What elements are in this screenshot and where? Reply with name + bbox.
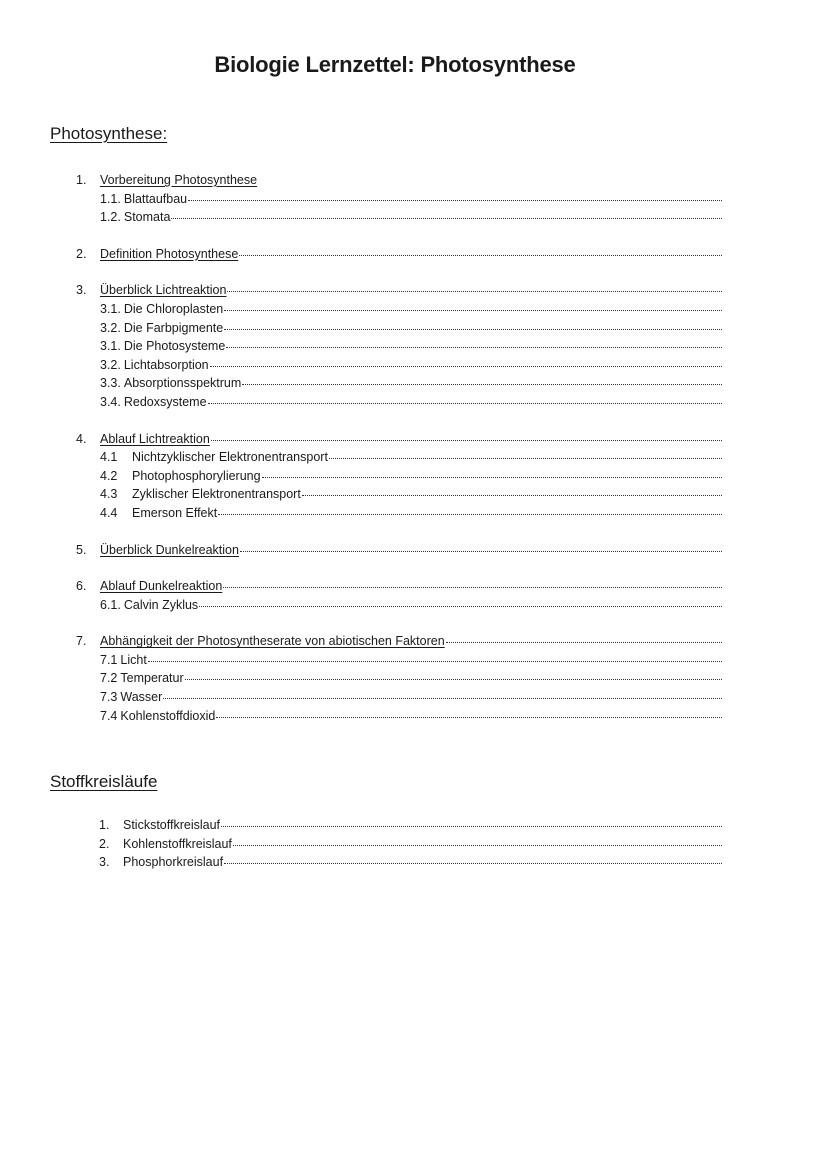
toc-subentry-number: 4.4 [100, 506, 132, 520]
dot-leader [233, 845, 722, 846]
toc-subentry[interactable]: 3.1.Die Chloroplasten [76, 302, 722, 321]
dot-leader [226, 347, 722, 348]
toc-entry-label: Überblick Dunkelreaktion [100, 543, 239, 557]
dot-leader [216, 717, 722, 718]
toc-subentry-number: 1.2. [100, 210, 121, 224]
dot-leader [148, 661, 722, 662]
toc-subentry[interactable]: 4.1Nichtzyklischer Elektronentransport [76, 450, 722, 469]
toc-entry[interactable]: 6.Ablauf Dunkelreaktion [76, 579, 722, 598]
toc-entry-label: Vorbereitung Photosynthese [100, 173, 257, 187]
toc-subentry-number: 7.4 [100, 709, 117, 723]
toc-entry[interactable]: 3.Überblick Lichtreaktion [76, 283, 722, 302]
dot-leader [446, 642, 722, 643]
toc-subentry[interactable]: 7.3Wasser [76, 690, 722, 709]
toc-entry[interactable]: 7. Abhängigkeit der Photosyntheserate vo… [76, 634, 722, 653]
dot-leader [240, 551, 722, 552]
toc-subentry-label: Temperatur [120, 671, 183, 685]
toc-entry-number: 1. [99, 818, 123, 832]
toc-subentry[interactable]: 7.2Temperatur [76, 671, 722, 690]
toc-entry-number: 2. [76, 247, 100, 261]
toc-subentry-label: Die Farbpigmente [124, 321, 223, 335]
dot-leader [223, 587, 722, 588]
toc-subentry[interactable]: 3.1.Die Photosysteme [76, 339, 722, 358]
toc-subentry-number: 1.1. [100, 192, 121, 206]
dot-leader [221, 826, 722, 827]
dot-leader [227, 291, 722, 292]
toc-entry-number: 2. [99, 837, 123, 851]
toc-subentry-number: 3.4. [100, 395, 121, 409]
toc-subentry-number: 3.1. [100, 339, 121, 353]
toc-entry-label: Definition Photosynthese [100, 247, 238, 261]
toc-subentry[interactable]: 1.1.Blattaufbau [76, 192, 722, 211]
document-title: Biologie Lernzettel: Photosynthese [0, 52, 790, 78]
toc-entry[interactable]: 5.Überblick Dunkelreaktion [76, 543, 722, 562]
toc-subentry[interactable]: 7.1Licht [76, 653, 722, 672]
toc-spacer [76, 561, 722, 579]
dot-leader [239, 255, 722, 256]
toc-subentry-label: Wasser [120, 690, 162, 704]
dot-leader [211, 440, 722, 441]
toc-subentry-label: Blattaufbau [124, 192, 187, 206]
toc-subentry-label: Photophosphorylierung [132, 469, 261, 483]
toc-entry[interactable]: 3.Phosphorkreislauf [99, 855, 722, 874]
toc-subentry-number: 4.1 [100, 450, 132, 464]
toc-entry[interactable]: 4.Ablauf Lichtreaktion [76, 432, 722, 451]
toc-entry-number: 3. [76, 283, 100, 297]
toc-subentry-label: Absorptionsspektrum [124, 376, 241, 390]
toc-entry[interactable]: 1.Stickstoffkreislauf [99, 818, 722, 837]
dot-leader [210, 366, 722, 367]
toc-entry-label: Abhängigkeit der Photosyntheserate von a… [100, 634, 445, 648]
toc-entry-label: Kohlenstoffkreislauf [123, 837, 232, 851]
toc-subentry-label: Kohlenstoffdioxid [120, 709, 215, 723]
toc-spacer [76, 229, 722, 247]
toc-entry-label: Stickstoffkreislauf [123, 818, 220, 832]
toc-subentry-number: 3.2. [100, 358, 121, 372]
toc-spacer [76, 265, 722, 283]
toc-spacer [76, 525, 722, 543]
toc-entry-label: Phosphorkreislauf [123, 855, 223, 869]
toc-subentry-number: 6.1. [100, 598, 121, 612]
toc-subentry-number: 3.2. [100, 321, 121, 335]
toc-entry[interactable]: 1.Vorbereitung Photosynthese [76, 173, 722, 192]
toc-subentry-label: Nichtzyklischer Elektronentransport [132, 450, 328, 464]
toc-subentry-number: 7.3 [100, 690, 117, 704]
toc-subentry-number: 7.2 [100, 671, 117, 685]
toc-subentry-label: Die Photosysteme [124, 339, 225, 353]
toc-subentry-label: Lichtabsorption [124, 358, 209, 372]
toc-entry[interactable]: 2.Kohlenstoffkreislauf [99, 837, 722, 856]
toc-subentry-number: 3.3. [100, 376, 121, 390]
dot-leader [242, 384, 722, 385]
toc-entry-label: Ablauf Dunkelreaktion [100, 579, 222, 593]
dot-leader [224, 863, 722, 864]
toc-subentry-number: 3.1. [100, 302, 121, 316]
dot-leader [224, 310, 722, 311]
toc-subentry-label: Emerson Effekt [132, 506, 217, 520]
toc-subentry[interactable]: 1.2.Stomata [76, 210, 722, 229]
dot-leader [171, 218, 722, 219]
dot-leader [302, 495, 722, 496]
toc-subentry-label: Stomata [124, 210, 171, 224]
dot-leader [185, 679, 722, 680]
toc-subentry[interactable]: 3.3.Absorptionsspektrum [76, 376, 722, 395]
toc-photosynthese: 1.Vorbereitung Photosynthese1.1.Blattauf… [76, 173, 722, 727]
dot-leader [262, 477, 722, 478]
toc-subentry-label: Licht [120, 653, 146, 667]
toc-spacer [76, 414, 722, 432]
toc-subentry-label: Die Chloroplasten [124, 302, 223, 316]
toc-stoffkreislaeufe: 1.Stickstoffkreislauf2.Kohlenstoffkreisl… [99, 818, 722, 874]
toc-subentry-number: 4.3 [100, 487, 132, 501]
toc-subentry[interactable]: 4.2Photophosphorylierung [76, 469, 722, 488]
toc-entry[interactable]: 2.Definition Photosynthese [76, 247, 722, 266]
dot-leader [163, 698, 722, 699]
toc-entry-number: 7. [76, 634, 100, 648]
toc-subentry-label: Zyklischer Elektronentransport [132, 487, 301, 501]
toc-subentry[interactable]: 3.2.Die Farbpigmente [76, 321, 722, 340]
dot-leader [218, 514, 722, 515]
toc-entry-number: 4. [76, 432, 100, 446]
toc-entry-number: 1. [76, 173, 100, 187]
dot-leader [188, 200, 722, 201]
dot-leader [208, 403, 722, 404]
toc-subentry[interactable]: 6.1.Calvin Zyklus [76, 598, 722, 617]
toc-spacer [76, 616, 722, 634]
toc-subentry-number: 7.1 [100, 653, 117, 667]
toc-subentry-number: 4.2 [100, 469, 132, 483]
toc-entry-number: 5. [76, 543, 100, 557]
toc-subentry[interactable]: 4.4Emerson Effekt [76, 506, 722, 525]
dot-leader [199, 606, 722, 607]
toc-entry-number: 6. [76, 579, 100, 593]
toc-entry-label: Überblick Lichtreaktion [100, 283, 226, 297]
toc-subentry[interactable]: 7.4Kohlenstoffdioxid [76, 709, 722, 728]
section-heading-stoffkreislaeufe: Stoffkreisläufe [50, 772, 157, 792]
toc-entry-label: Ablauf Lichtreaktion [100, 432, 210, 446]
toc-subentry[interactable]: 3.4.Redoxsysteme [76, 395, 722, 414]
toc-subentry[interactable]: 4.3Zyklischer Elektronentransport [76, 487, 722, 506]
toc-subentry-label: Redoxsysteme [124, 395, 207, 409]
toc-entry-number: 3. [99, 855, 123, 869]
toc-subentry-label: Calvin Zyklus [124, 598, 198, 612]
toc-subentry[interactable]: 3.2.Lichtabsorption [76, 358, 722, 377]
dot-leader [224, 329, 722, 330]
section-heading-photosynthese: Photosynthese: [50, 124, 167, 144]
dot-leader [329, 458, 722, 459]
